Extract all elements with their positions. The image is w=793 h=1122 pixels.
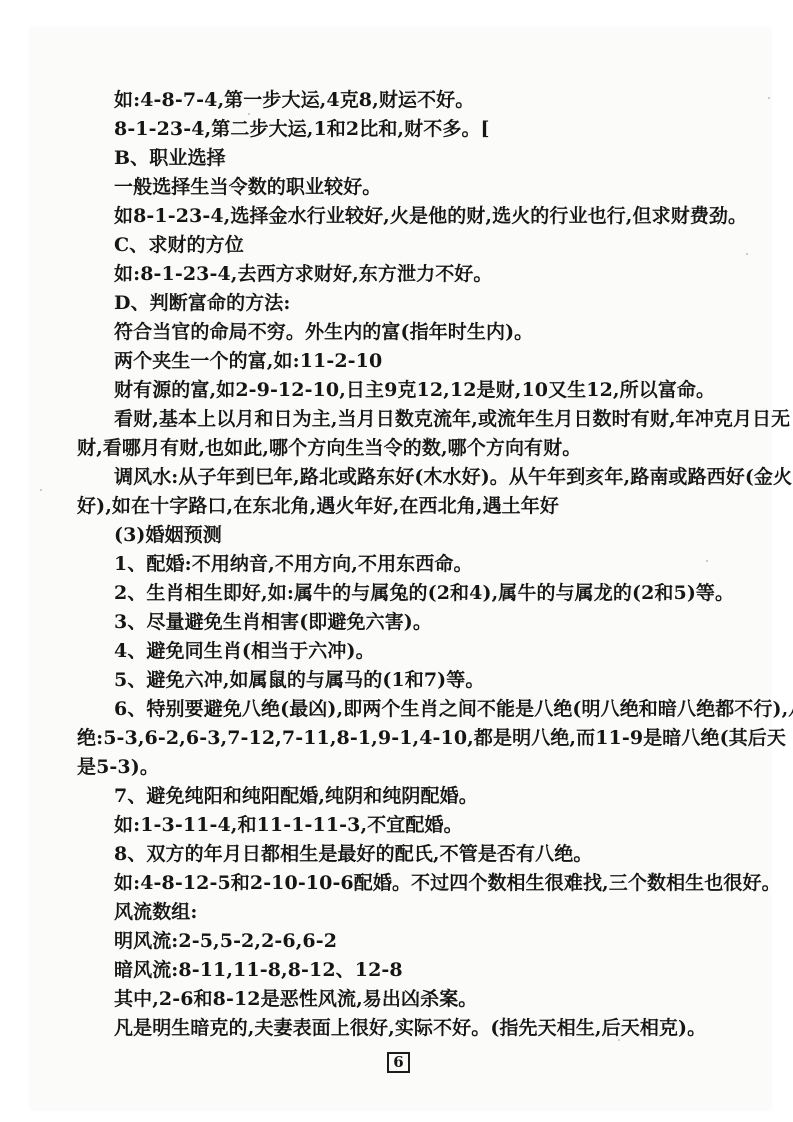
scan-speck — [248, 113, 250, 115]
text-line: 4、避免同生肖(相当于六冲)。 — [77, 637, 737, 666]
text-line: 好),如在十字路口,在东北角,遇火年好,在西北角,遇土年好 — [77, 492, 737, 521]
document-canvas: 如:4-8-7-4,第一步大运,4克8,财运不好。8-1-23-4,第二步大运,… — [0, 0, 793, 1122]
text-line: 符合当官的命局不穷。外生内的富(指年时生内)。 — [77, 318, 737, 347]
page-number: 6 — [393, 1055, 403, 1070]
text-line: 1、配婚:不用纳音,不用方向,不用东西命。 — [77, 550, 737, 579]
scan-speck — [706, 560, 708, 562]
text-line: 风流数组: — [77, 898, 737, 927]
text-line: 是5-3)。 — [77, 753, 737, 782]
text-line: 2、生肖相生即好,如:属牛的与属兔的(2和4),属牛的与属龙的(2和5)等。 — [77, 579, 737, 608]
text-line: (3)婚姻预测 — [77, 521, 737, 550]
text-line: 如:4-8-12-5和2-10-10-6配婚。不过四个数相生很难找,三个数相生也… — [77, 869, 737, 898]
text-line: 明风流:2-5,5-2,2-6,6-2 — [77, 927, 737, 956]
text-line: 3、尽量避免生肖相害(即避免六害)。 — [77, 608, 737, 637]
text-line: 5、避免六冲,如属鼠的与属马的(1和7)等。 — [77, 666, 737, 695]
text-line: 如:1-3-11-4,和11-1-11-3,不宜配婚。 — [77, 811, 737, 840]
text-line: C、求财的方位 — [77, 231, 737, 260]
page-text: 如:4-8-7-4,第一步大运,4克8,财运不好。8-1-23-4,第二步大运,… — [77, 86, 737, 1043]
scanned-page: 如:4-8-7-4,第一步大运,4克8,财运不好。8-1-23-4,第二步大运,… — [30, 27, 771, 1110]
text-line: 凡是明生暗克的,夫妻表面上很好,实际不好。(指先天相生,后天相克)。 — [77, 1014, 737, 1043]
text-line: 其中,2-6和8-12是恶性风流,易出凶杀案。 — [77, 985, 737, 1014]
text-line: 8-1-23-4,第二步大运,1和2比和,财不多。[ — [77, 115, 737, 144]
scan-speck — [768, 97, 770, 99]
text-line: 如:4-8-7-4,第一步大运,4克8,财运不好。 — [77, 86, 737, 115]
scan-speck — [40, 489, 42, 491]
scan-speck — [618, 1039, 620, 1041]
text-line: 暗风流:8-11,11-8,8-12、12-8 — [77, 956, 737, 985]
text-line: 如8-1-23-4,选择金水行业较好,火是他的财,选火的行业也行,但求财费劲。 — [77, 202, 737, 231]
text-line: 财,看哪月有财,也如此,哪个方向生当令的数,哪个方向有财。 — [77, 434, 737, 463]
text-line: 如:8-1-23-4,去西方求财好,东方泄力不好。 — [77, 260, 737, 289]
text-line: 8、双方的年月日都相生是最好的配氏,不管是否有八绝。 — [77, 840, 737, 869]
text-line: B、职业选择 — [77, 144, 737, 173]
text-line: 绝:5-3,6-2,6-3,7-12,7-11,8-1,9-1,4-10,都是明… — [77, 724, 737, 753]
text-line: D、判断富命的方法: — [77, 289, 737, 318]
scan-speck — [746, 253, 748, 255]
text-line: 一般选择生当令数的职业较好。 — [77, 173, 737, 202]
text-line: 7、避免纯阳和纯阳配婚,纯阴和纯阴配婚。 — [77, 782, 737, 811]
text-line: 财有源的富,如2-9-12-10,日主9克12,12是财,10又生12,所以富命… — [77, 376, 737, 405]
text-line: 调风水:从子年到巳年,路北或路东好(木水好)。从午年到亥年,路南或路西好(金火 — [77, 463, 737, 492]
text-line: 两个夹生一个的富,如:11-2-10 — [77, 347, 737, 376]
text-line: 看财,基本上以月和日为主,当月日数克流年,或流年生月日数时有财,年冲克月日无 — [77, 405, 737, 434]
page-number-box: 6 — [387, 1052, 410, 1073]
text-line: 6、特别要避免八绝(最凶),即两个生肖之间不能是八绝(明八绝和暗八绝都不行),八 — [77, 695, 737, 724]
